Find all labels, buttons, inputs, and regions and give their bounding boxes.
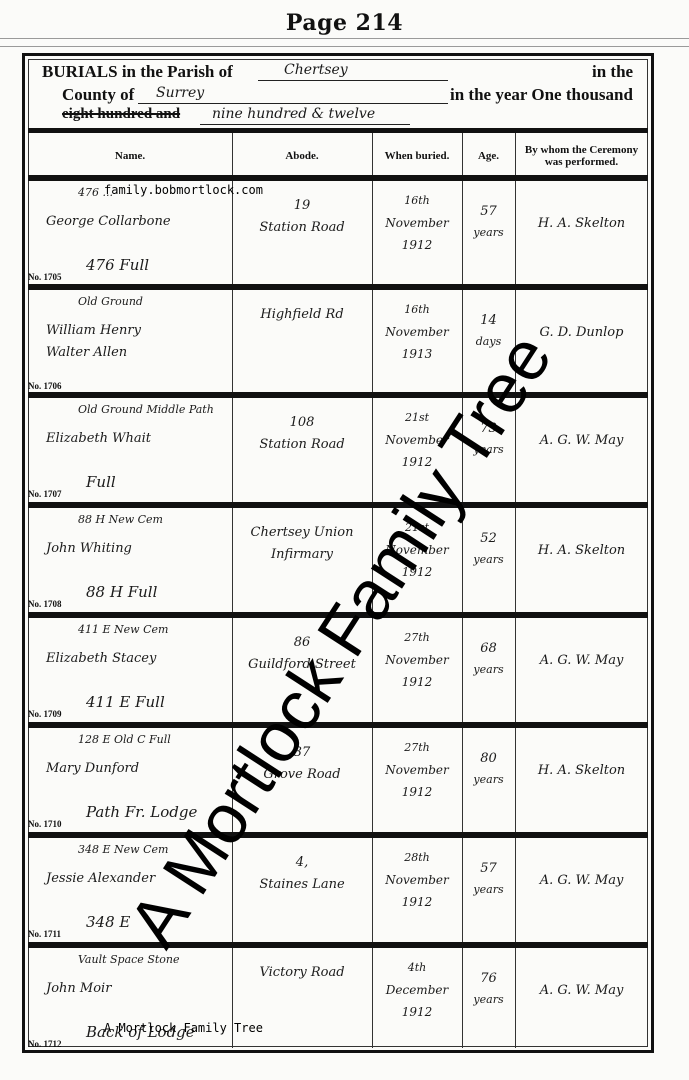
scan-line	[0, 46, 689, 47]
grave-note-top: Old Ground	[78, 295, 143, 308]
parish-value: Chertsey	[284, 62, 348, 78]
abode-line-1: Chertsey Union	[232, 525, 372, 540]
burial-year: 1912	[372, 675, 462, 689]
year-field: nine hundred & twelve	[200, 106, 410, 125]
officiant-signature: A. G. W. May	[515, 983, 648, 998]
county-field: Surrey	[138, 85, 448, 104]
burial-year: 1912	[372, 1005, 462, 1019]
entry-number: No. 1712	[28, 1039, 62, 1049]
age-unit: years	[462, 663, 515, 676]
county-value: Surrey	[156, 85, 204, 101]
deceased-name-line-1: John Whiting	[46, 541, 132, 556]
header-year-label: in the year One thousand	[450, 85, 633, 105]
entry-number: No. 1711	[28, 929, 61, 939]
abode-line-1: Highfield Rd	[232, 307, 372, 322]
entry-number: No. 1710	[28, 819, 62, 829]
parish-field: Chertsey	[258, 62, 448, 81]
grave-note-bottom: 411 E Full	[86, 693, 165, 711]
age-value: 57	[462, 861, 515, 876]
table-row: 128 E Old C Full Mary Dunford Path Fr. L…	[28, 727, 648, 831]
age-unit: years	[462, 993, 515, 1006]
scan-line	[0, 38, 689, 39]
age-unit: years	[462, 883, 515, 896]
burial-day: 27th	[372, 741, 462, 754]
entry-number: No. 1708	[28, 599, 62, 609]
grave-note-bottom: 88 H Full	[86, 583, 157, 601]
deceased-name-line-1: William Henry	[46, 323, 141, 338]
abode-line-2: Staines Lane	[232, 877, 372, 892]
deceased-name-line-1: Elizabeth Stacey	[46, 651, 156, 666]
entry-number: No. 1709	[28, 709, 62, 719]
officiant-signature: A. G. W. May	[515, 433, 648, 448]
burial-day: 16th	[372, 303, 462, 316]
grave-note-top: 128 E Old C Full	[78, 733, 171, 746]
entry-number: No. 1706	[28, 381, 62, 391]
grave-note-bottom: 476 Full	[86, 256, 149, 274]
abode-line-1: Victory Road	[232, 965, 372, 980]
header-line-1: BURIALS in the Parish of	[42, 62, 233, 82]
burial-month: November	[372, 763, 462, 777]
burial-year: 1912	[372, 238, 462, 252]
burial-month: November	[372, 873, 462, 887]
grave-note-top: 88 H New Cem	[78, 513, 163, 526]
burial-year: 1913	[372, 347, 462, 361]
watermark-url: family.bobmortlock.com	[104, 183, 263, 197]
page-title: Page 214	[0, 10, 689, 36]
entry-number: No. 1707	[28, 489, 62, 499]
burial-month: December	[372, 983, 462, 997]
deceased-name-line-1: John Moir	[46, 981, 111, 996]
watermark-caption: A Mortlock Family Tree	[104, 1021, 263, 1035]
header-county-label: County of	[62, 85, 134, 105]
column-header-officiant: By whom the Ceremony was performed.	[515, 137, 648, 175]
officiant-signature: H. A. Skelton	[515, 543, 648, 558]
deceased-name-line-1: Mary Dunford	[46, 761, 139, 776]
deceased-name-line-1: George Collarbone	[46, 214, 171, 229]
burial-day: 16th	[372, 194, 462, 207]
abode-line-2: Station Road	[232, 437, 372, 452]
age-value: 68	[462, 641, 515, 656]
officiant-signature: A. G. W. May	[515, 653, 648, 668]
burial-year: 1912	[372, 895, 462, 909]
column-header-abode: Abode.	[232, 137, 372, 175]
burial-month: November	[372, 325, 462, 339]
deceased-name-line-1: Elizabeth Whait	[46, 431, 151, 446]
column-header-name: Name.	[28, 137, 232, 175]
grave-note-bottom: Full	[86, 473, 116, 491]
age-value: 57	[462, 204, 515, 219]
age-unit: years	[462, 553, 515, 566]
officiant-signature: A. G. W. May	[515, 873, 648, 888]
year-value: nine hundred & twelve	[212, 106, 375, 122]
age-unit: years	[462, 773, 515, 786]
burial-month: November	[372, 216, 462, 230]
age-value: 80	[462, 751, 515, 766]
burial-day: 4th	[372, 961, 462, 974]
burial-year: 1912	[372, 785, 462, 799]
age-value: 52	[462, 531, 515, 546]
grave-note-top: Old Ground Middle Path	[78, 403, 214, 416]
burial-day: 28th	[372, 851, 462, 864]
deceased-name-line-2: Walter Allen	[46, 345, 127, 360]
header-line-1-suffix: in the	[592, 62, 633, 82]
officiant-signature: H. A. Skelton	[515, 216, 648, 231]
abode-line-1: 4,	[232, 855, 372, 870]
rule	[28, 128, 648, 133]
table-row: Old Ground Middle Path Elizabeth Whait F…	[28, 397, 648, 501]
column-header-age: Age.	[462, 137, 515, 175]
age-value: 76	[462, 971, 515, 986]
column-header-when-buried: When buried.	[372, 137, 462, 175]
header-parish-label: BURIALS in the Parish of	[42, 62, 233, 81]
entry-number: No. 1705	[28, 272, 62, 282]
abode-line-1: 108	[232, 415, 372, 430]
age-unit: years	[462, 226, 515, 239]
burial-month: November	[372, 653, 462, 667]
abode-line-1: 19	[232, 198, 372, 213]
officiant-signature: H. A. Skelton	[515, 763, 648, 778]
abode-line-2: Station Road	[232, 220, 372, 235]
grave-note-top: 411 E New Cem	[78, 623, 168, 636]
header-struck-text: eight hundred and	[62, 106, 180, 123]
